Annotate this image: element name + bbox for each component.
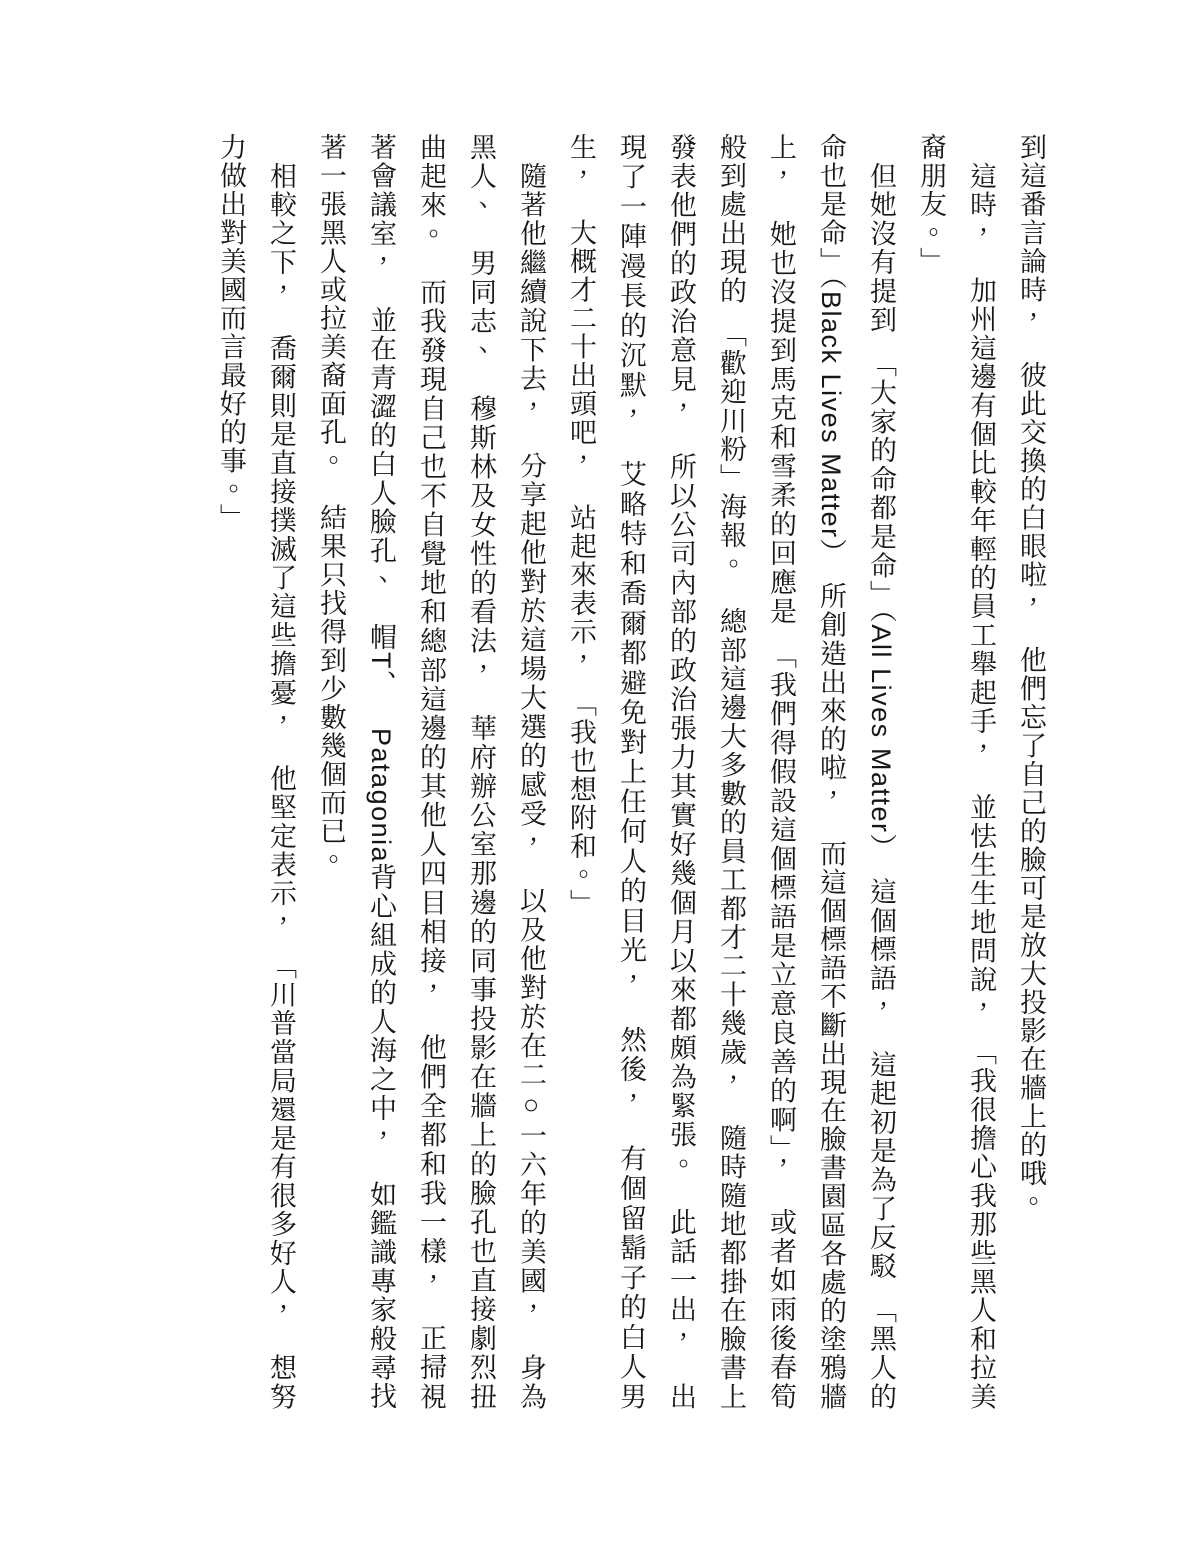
paragraph: 但她沒有提到 「大家的命都是命」（All Lives Matter） 這個標語，…: [556, 133, 906, 1411]
paragraph: 到這番言論時， 彼此交換的白眼啦， 他們忘了自己的臉可是放大投影在牆上的哦。: [1006, 133, 1056, 1411]
paragraph: 相較之下， 喬爾則是直接撲滅了這些擔憂， 他堅定表示， 「川普當局還是有很多好人…: [206, 133, 306, 1411]
vertical-text-block: 到這番言論時， 彼此交換的白眼啦， 他們忘了自己的臉可是放大投影在牆上的哦。 這…: [136, 133, 1056, 1411]
paragraph: 這時， 加州這邊有個比較年輕的員工舉起手， 並怯生生地問說， 「我很擔心我那些黑…: [906, 133, 1006, 1411]
book-page: 到這番言論時， 彼此交換的白眼啦， 他們忘了自己的臉可是放大投影在牆上的哦。 這…: [0, 0, 1200, 1553]
paragraph: 隨著他繼續說下去， 分享起他對於這場大選的感受， 以及他對於在二○一六年的美國，…: [306, 133, 556, 1411]
